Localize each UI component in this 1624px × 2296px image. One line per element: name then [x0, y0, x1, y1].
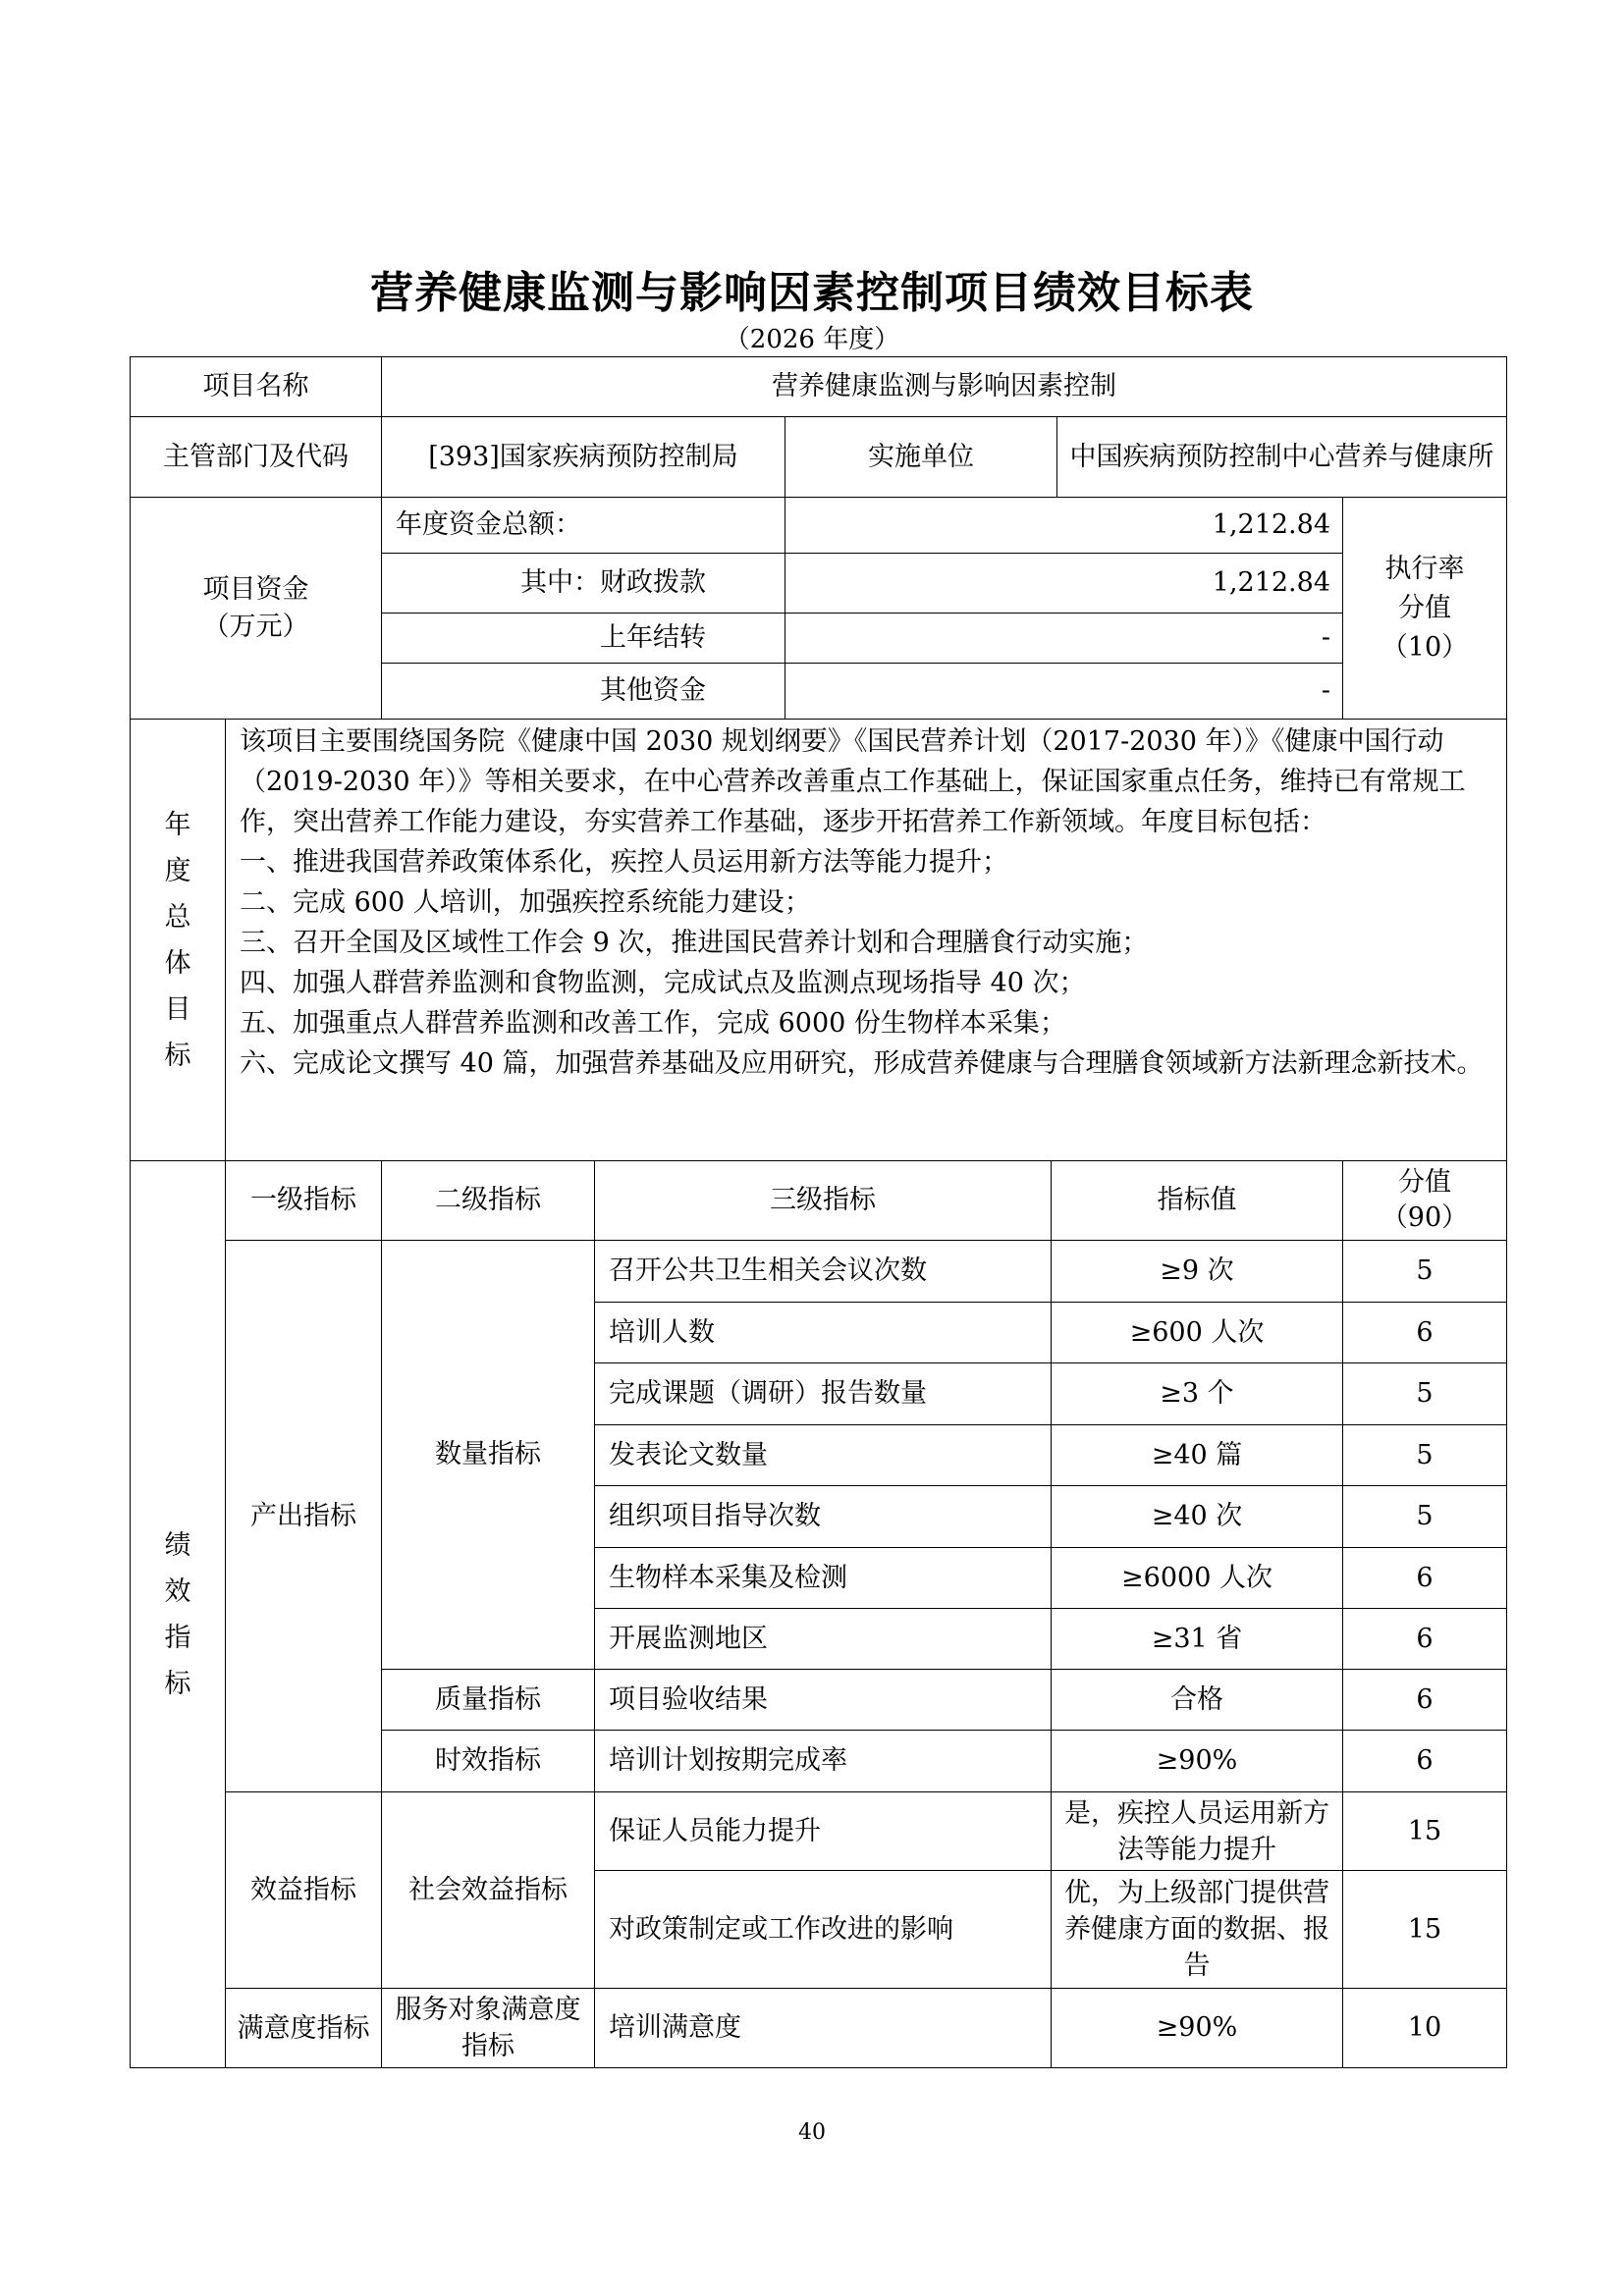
- header-value: 指标值: [1051, 1160, 1343, 1241]
- goals-label-char: 度: [165, 848, 191, 894]
- indicator-value: ≥90%: [1051, 1988, 1343, 2068]
- indicator-name: 生物样本采集及检测: [594, 1547, 1052, 1609]
- indicator-value: ≥600 人次: [1051, 1302, 1343, 1363]
- indicator-value: 优，为上级部门提供营养健康方面的数据、报告: [1051, 1870, 1343, 1989]
- indicator-value: ≥6000 人次: [1051, 1547, 1343, 1609]
- indicator-value: ≥9 次: [1051, 1240, 1343, 1303]
- funding-label-line1: 项目资金: [203, 571, 309, 609]
- goals-label-char: 目: [165, 987, 191, 1033]
- funding-label-line2: （万元）: [203, 609, 309, 646]
- funding-label: 项目资金 （万元）: [130, 497, 382, 720]
- header-score-line1: 分值: [1398, 1165, 1451, 1201]
- annual-goals-label: 年 度 总 体 目 标: [130, 719, 226, 1161]
- indicator-value: 合格: [1051, 1669, 1343, 1731]
- group-satisfaction: 满意度指标: [225, 1988, 382, 2068]
- execution-rate-score: 执行率 分值 （10）: [1342, 497, 1507, 720]
- indicator-name: 保证人员能力提升: [594, 1791, 1052, 1871]
- indicator-name: 召开公共卫生相关会议次数: [594, 1240, 1052, 1303]
- unit-value: 中国疾病预防控制中心营养与健康所: [1056, 416, 1507, 498]
- indicator-value: ≥90%: [1051, 1730, 1343, 1792]
- funding-row-total-value: 1,212.84: [785, 497, 1343, 554]
- goals-label-char: 年: [165, 802, 191, 848]
- funding-row-fiscal-value: 1,212.84: [785, 553, 1343, 614]
- indicator-score: 10: [1342, 1988, 1507, 2068]
- indicator-name: 培训满意度: [594, 1988, 1052, 2068]
- indicator-score: 6: [1342, 1608, 1507, 1670]
- header-level1: 一级指标: [225, 1160, 382, 1241]
- group-quantity: 数量指标: [381, 1240, 595, 1670]
- goal-item: 二、完成 600 人培训，加强疾控系统能力建设；: [240, 882, 1496, 923]
- goal-item: 六、完成论文撰写 40 篇，加强营养基础及应用研究，形成营养健康与合理膳食领域新…: [240, 1043, 1496, 1084]
- indicator-value: ≥3 个: [1051, 1362, 1343, 1425]
- indicator-score: 15: [1342, 1791, 1507, 1871]
- indicator-name: 培训人数: [594, 1302, 1052, 1363]
- group-social-benefit: 社会效益指标: [381, 1791, 595, 1989]
- indicator-score: 6: [1342, 1669, 1507, 1731]
- indicator-score: 6: [1342, 1547, 1507, 1609]
- execution-rate-line1: 执行率: [1385, 550, 1465, 589]
- header-score: 分值 （90）: [1342, 1160, 1507, 1241]
- goal-item: 三、召开全国及区域性工作会 9 次，推进国民营养计划和合理膳食行动实施；: [240, 923, 1496, 963]
- header-score-line2: （90）: [1381, 1201, 1468, 1236]
- indicator-name: 发表论文数量: [594, 1424, 1052, 1486]
- project-name-value: 营养健康监测与影响因素控制: [381, 356, 1507, 417]
- perf-label-char: 标: [165, 1661, 191, 1707]
- document-subtitle: （2026 年度）: [0, 319, 1624, 355]
- indicator-value: ≥31 省: [1051, 1608, 1343, 1670]
- group-benefit: 效益指标: [225, 1791, 382, 1989]
- annual-goals-text: 该项目主要围绕国务院《健康中国 2030 规划纲要》《国民营养计划（2017-2…: [225, 719, 1507, 1161]
- indicator-value: ≥40 篇: [1051, 1424, 1343, 1486]
- indicator-score: 5: [1342, 1424, 1507, 1486]
- indicator-score: 6: [1342, 1302, 1507, 1363]
- indicator-score: 5: [1342, 1485, 1507, 1548]
- unit-label: 实施单位: [785, 416, 1057, 498]
- indicator-name: 项目验收结果: [594, 1669, 1052, 1731]
- execution-rate-line3: （10）: [1381, 628, 1468, 667]
- header-level3: 三级指标: [594, 1160, 1052, 1241]
- execution-rate-line2: 分值: [1398, 589, 1451, 628]
- indicator-name: 开展监测地区: [594, 1608, 1052, 1670]
- indicator-name: 组织项目指导次数: [594, 1485, 1052, 1548]
- funding-row-fiscal-label: 其中：财政拨款: [381, 553, 785, 614]
- project-name-label: 项目名称: [130, 356, 382, 417]
- indicator-score: 5: [1342, 1362, 1507, 1425]
- group-timeliness: 时效指标: [381, 1730, 595, 1792]
- goal-item: 五、加强重点人群营养监测和改善工作，完成 6000 份生物样本采集；: [240, 1003, 1496, 1043]
- indicator-value: ≥40 次: [1051, 1485, 1343, 1548]
- indicator-score: 5: [1342, 1240, 1507, 1303]
- indicator-value: 是，疾控人员运用新方法等能力提升: [1051, 1791, 1343, 1871]
- performance-label: 绩 效 指 标: [130, 1160, 226, 2068]
- dept-label: 主管部门及代码: [130, 416, 382, 498]
- group-service-satisfaction: 服务对象满意度指标: [381, 1988, 595, 2068]
- perf-label-char: 绩: [165, 1522, 191, 1569]
- goals-intro: 该项目主要围绕国务院《健康中国 2030 规划纲要》《国民营养计划（2017-2…: [240, 721, 1496, 842]
- goal-item: 四、加强人群营养监测和食物监测，完成试点及监测点现场指导 40 次；: [240, 963, 1496, 1003]
- funding-row-other-label: 其他资金: [381, 663, 785, 720]
- group-output: 产出指标: [225, 1240, 382, 1792]
- indicator-score: 15: [1342, 1870, 1507, 1989]
- dept-value: [393]国家疾病预防控制局: [381, 416, 785, 498]
- page-number: 40: [0, 2120, 1624, 2145]
- indicator-name: 培训计划按期完成率: [594, 1730, 1052, 1792]
- document-title: 营养健康监测与影响因素控制项目绩效目标表: [0, 257, 1624, 320]
- goals-label-char: 体: [165, 940, 191, 987]
- header-level2: 二级指标: [381, 1160, 595, 1241]
- indicator-name: 完成课题（调研）报告数量: [594, 1362, 1052, 1425]
- funding-row-total-label: 年度资金总额：: [381, 497, 785, 554]
- perf-label-char: 指: [165, 1615, 191, 1661]
- goal-item: 一、推进我国营养政策体系化，疾控人员运用新方法等能力提升；: [240, 842, 1496, 882]
- funding-row-carryover-label: 上年结转: [381, 613, 785, 664]
- group-quality: 质量指标: [381, 1669, 595, 1731]
- indicator-name: 对政策制定或工作改进的影响: [594, 1870, 1052, 1989]
- indicator-score: 6: [1342, 1730, 1507, 1792]
- goals-label-char: 总: [165, 894, 191, 940]
- funding-row-carryover-value: -: [785, 613, 1343, 664]
- goals-label-char: 标: [165, 1033, 191, 1079]
- funding-row-other-value: -: [785, 663, 1343, 720]
- perf-label-char: 效: [165, 1569, 191, 1615]
